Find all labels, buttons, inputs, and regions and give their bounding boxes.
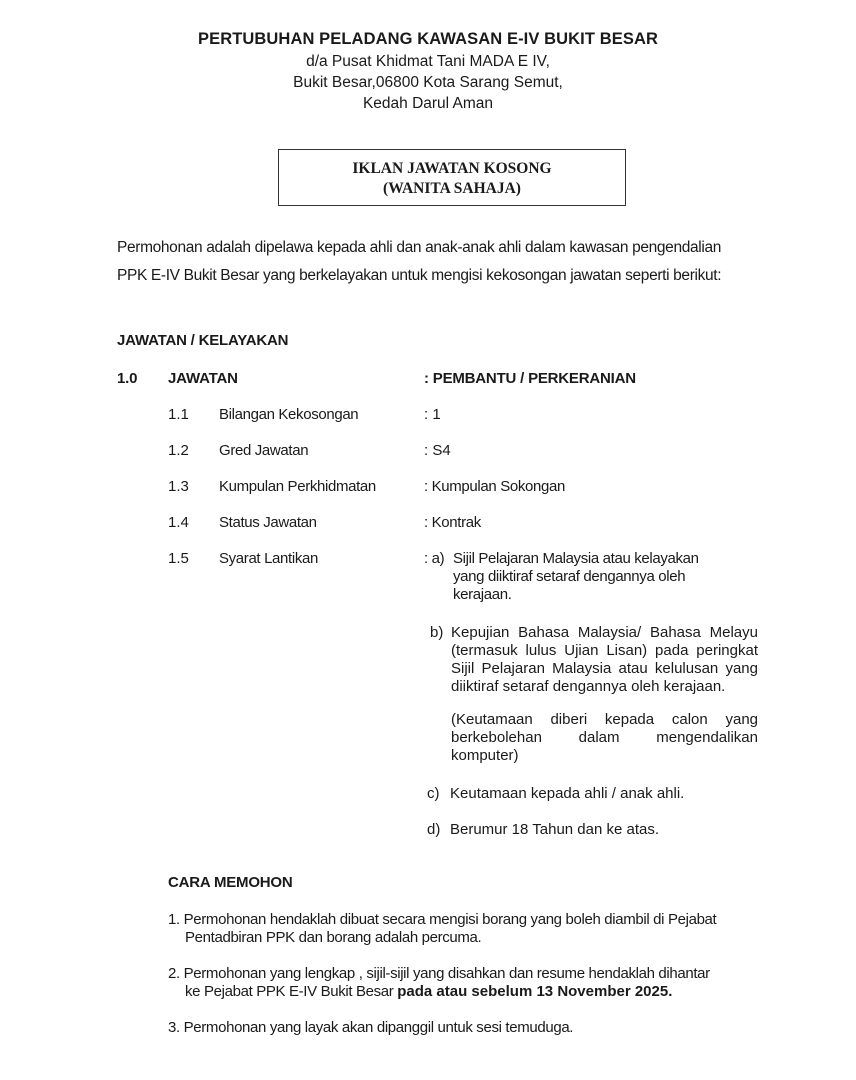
address-line-3: Kedah Darul Aman — [0, 95, 856, 113]
position-value: : PEMBANTU / PERKERANIAN — [424, 370, 636, 387]
detail-number: 1.4 — [168, 514, 189, 531]
requirement-a-line: Sijil Pelajaran Malaysia atau kelayakan — [453, 550, 743, 568]
address-line-2: Bukit Besar,06800 Kota Sarang Semut, — [0, 74, 856, 92]
detail-number: 1.2 — [168, 442, 189, 459]
detail-number: 1.5 — [168, 550, 189, 567]
apply-item-3: 3. Permohonan yang layak akan dipanggil … — [168, 1019, 573, 1037]
apply-item-text: ke Pejabat PPK E-IV Bukit Besar — [185, 983, 397, 1000]
position-number: 1.0 — [117, 370, 137, 387]
apply-item-2-cont: ke Pejabat PPK E-IV Bukit Besar pada ata… — [185, 983, 672, 1001]
detail-value: : Kontrak — [424, 514, 481, 531]
detail-label: Bilangan Kekosongan — [219, 406, 358, 423]
apply-item-number: 1. — [168, 911, 180, 928]
requirement-b: Kepujian Bahasa Malaysia/ Bahasa Melayu … — [451, 624, 758, 696]
requirement-b-prefix: b) — [430, 624, 443, 642]
detail-number: 1.1 — [168, 406, 189, 423]
requirement-a-line: kerajaan. — [453, 586, 743, 604]
requirement-b-line: Kepujian Bahasa Malaysia/ Bahasa Melayu — [451, 624, 758, 642]
apply-item-2: 2. Permohonan yang lengkap , sijil-sijil… — [168, 965, 710, 983]
apply-item-text: Permohonan yang lengkap , sijil-sijil ya… — [184, 965, 710, 982]
detail-value: : S4 — [424, 442, 451, 459]
apply-item-number: 2. — [168, 965, 180, 982]
requirement-d-prefix: d) — [427, 821, 440, 839]
address-line-1: d/a Pusat Khidmat Tani MADA E IV, — [0, 53, 856, 71]
requirement-b-line: diiktiraf setaraf dengannya oleh kerajaa… — [451, 678, 758, 696]
apply-item-1-cont: Pentadbiran PPK dan borang adalah percum… — [185, 929, 481, 947]
detail-value: : 1 — [424, 406, 441, 423]
position-label: JAWATAN — [168, 370, 238, 387]
how-to-apply-heading: CARA MEMOHON — [168, 874, 293, 891]
requirement-note-line: (Keutamaan diberi kepada calon yang — [451, 711, 758, 729]
detail-label: Gred Jawatan — [219, 442, 308, 459]
apply-item-number: 3. — [168, 1019, 180, 1036]
detail-value: : Kumpulan Sokongan — [424, 478, 565, 495]
apply-item-text: Permohonan yang layak akan dipanggil unt… — [184, 1019, 574, 1036]
intro-line-2: PPK E-IV Bukit Besar yang berkelayakan u… — [117, 267, 721, 285]
advertisement-subtitle: (WANITA SAHAJA) — [279, 179, 625, 199]
detail-label: Syarat Lantikan — [219, 550, 318, 567]
requirement-c-prefix: c) — [427, 785, 440, 803]
requirement-c: Keutamaan kepada ahli / anak ahli. — [450, 785, 684, 803]
apply-item-1: 1. Permohonan hendaklah dibuat secara me… — [168, 911, 716, 929]
organization-name: PERTUBUHAN PELADANG KAWASAN E-IV BUKIT B… — [0, 30, 856, 49]
requirement-b-line: (termasuk lulus Ujian Lisan) pada pering… — [451, 642, 758, 660]
requirement-a-prefix: : a) — [424, 550, 444, 568]
advertisement-title: IKLAN JAWATAN KOSONG — [279, 159, 625, 179]
apply-item-text: Permohonan hendaklah dibuat secara mengi… — [184, 911, 717, 928]
requirement-a-line: yang diiktiraf setaraf dengannya oleh — [453, 568, 743, 586]
requirement-note-line: komputer) — [451, 747, 758, 765]
requirement-d: Berumur 18 Tahun dan ke atas. — [450, 821, 659, 839]
detail-label: Status Jawatan — [219, 514, 317, 531]
requirement-b-line: Sijil Pelajaran Malaysia atau kelulusan … — [451, 660, 758, 678]
advertisement-title-box: IKLAN JAWATAN KOSONG (WANITA SAHAJA) — [278, 149, 626, 206]
requirement-note-line: berkebolehan dalam mengendalikan — [451, 729, 758, 747]
requirement-note: (Keutamaan diberi kepada calon yang berk… — [451, 711, 758, 765]
deadline-text: pada atau sebelum 13 November 2025. — [397, 983, 672, 1000]
detail-label: Kumpulan Perkhidmatan — [219, 478, 376, 495]
requirement-a: Sijil Pelajaran Malaysia atau kelayakan … — [453, 550, 743, 604]
detail-number: 1.3 — [168, 478, 189, 495]
section-heading: JAWATAN / KELAYAKAN — [117, 332, 288, 349]
intro-line-1: Permohonan adalah dipelawa kepada ahli d… — [117, 239, 721, 257]
